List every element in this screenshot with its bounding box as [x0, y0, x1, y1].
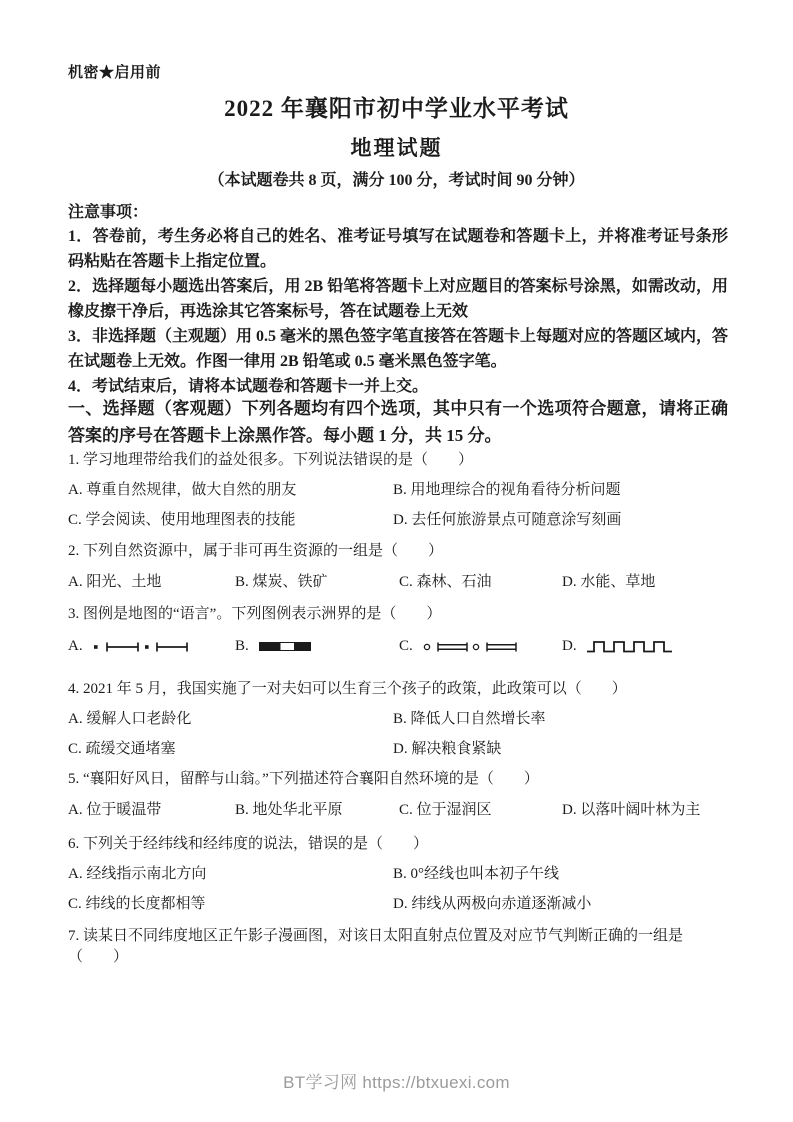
circle-dash-boundary-symbol	[423, 640, 519, 654]
option-3b: B.	[235, 636, 399, 657]
note-item-1: 1．答卷前，考生务必将自己的姓名、准考证号填写在试题卷和答题卡上，并将准考证号条…	[68, 224, 728, 274]
question-4-options-row-1: A. 缓解人口老龄化 B. 降低人口自然增长率	[68, 709, 728, 730]
option-6c: C. 纬线的长度都相等	[68, 894, 393, 915]
option-1b: B. 用地理综合的视角看待分析问题	[393, 480, 728, 501]
option-1a: A. 尊重自然规律，做大自然的朋友	[68, 480, 393, 501]
option-6a: A. 经线指示南北方向	[68, 864, 393, 885]
footer-watermark: BT学习网 https://btxuexi.com	[0, 1068, 793, 1093]
question-1-stem: 1. 学习地理带给我们的益处很多。下列说法错误的是（ ）	[68, 450, 728, 471]
question-6-options-row-1: A. 经线指示南北方向 B. 0°经线也叫本初子午线	[68, 864, 728, 885]
question-2-stem: 2. 下列自然资源中，属于非可再生资源的一组是（ ）	[68, 541, 728, 562]
option-4a: A. 缓解人口老龄化	[68, 709, 393, 730]
exam-paper-page: 机密★启用前 2022 年襄阳市初中学业水平考试 地理试题 （本试题卷共 8 页…	[0, 0, 793, 1122]
option-2a: A. 阳光、土地	[68, 572, 235, 593]
option-3d-label: D.	[562, 636, 577, 657]
option-2d: D. 水能、草地	[562, 572, 728, 593]
question-1-options-row-2: C. 学会阅读、使用地理图表的技能 D. 去任何旅游景点可随意涂写刻画	[68, 510, 728, 531]
note-item-3: 3．非选择题（主观题）用 0.5 毫米的黑色签字笔直接答在答题卡上每题对应的答题…	[68, 324, 728, 374]
option-5d: D. 以落叶阔叶林为主	[562, 800, 728, 821]
option-1d: D. 去任何旅游景点可随意涂写刻画	[393, 510, 728, 531]
option-5a: A. 位于暖温带	[68, 800, 235, 821]
question-1-options-row-1: A. 尊重自然规律，做大自然的朋友 B. 用地理综合的视角看待分析问题	[68, 480, 728, 501]
option-1c: C. 学会阅读、使用地理图表的技能	[68, 510, 393, 531]
question-6-options-row-2: C. 纬线的长度都相等 D. 纬线从两极向赤道逐渐减小	[68, 894, 728, 915]
subject-title: 地理试题	[0, 132, 793, 162]
exam-title: 2022 年襄阳市初中学业水平考试	[0, 90, 793, 123]
option-4c: C. 疏缓交通堵塞	[68, 739, 393, 760]
option-5c: C. 位于湿润区	[399, 800, 562, 821]
exam-info-line: （本试题卷共 8 页，满分 100 分，考试时间 90 分钟）	[0, 167, 793, 190]
option-5b: B. 地处华北平原	[235, 800, 399, 821]
option-3d: D.	[562, 636, 728, 657]
question-2-options-row: A. 阳光、土地 B. 煤炭、铁矿 C. 森林、石油 D. 水能、草地	[68, 572, 728, 593]
dot-dash-boundary-symbol	[93, 640, 189, 654]
option-6b: B. 0°经线也叫本初子午线	[393, 864, 728, 885]
question-6-stem: 6. 下列关于经纬线和经纬度的说法，错误的是（ ）	[68, 834, 728, 855]
question-5-stem: 5. “襄阳好风日，留醉与山翁。”下列描述符合襄阳自然环境的是（ ）	[68, 769, 728, 790]
secrecy-label: 机密★启用前	[68, 61, 728, 82]
question-3-stem: 3. 图例是地图的“语言”。下列图例表示洲界的是（ ）	[68, 604, 728, 625]
option-2b: B. 煤炭、铁矿	[235, 572, 399, 593]
crenellated-line-symbol	[587, 639, 673, 654]
option-3c: C.	[399, 636, 562, 657]
note-item-2: 2．选择题每小题选出答案后，用 2B 铅笔将答题卡上对应题目的答案标号涂黑，如需…	[68, 274, 728, 324]
scale-bar-symbol	[259, 641, 311, 652]
question-4-options-row-2: C. 疏缓交通堵塞 D. 解决粮食紧缺	[68, 739, 728, 760]
notes-heading: 注意事项：	[68, 199, 728, 222]
option-3a-label: A.	[68, 636, 83, 657]
option-3c-label: C.	[399, 636, 413, 657]
option-3a: A.	[68, 636, 235, 657]
question-4-stem: 4. 2021 年 5 月，我国实施了一对夫妇可以生育三个孩子的政策，此政策可以…	[68, 679, 728, 700]
question-3-options-row: A. B.	[68, 636, 728, 657]
option-3b-label: B.	[235, 636, 249, 657]
option-6d: D. 纬线从两极向赤道逐渐减小	[393, 894, 728, 915]
question-7-stem: 7. 读某日不同纬度地区正午影子漫画图，对该日太阳直射点位置及对应节气判断正确的…	[68, 926, 728, 968]
question-5-options-row: A. 位于暖温带 B. 地处华北平原 C. 位于湿润区 D. 以落叶阔叶林为主	[68, 800, 728, 821]
section-heading: 一、选择题（客观题）下列各题均有四个选项，其中只有一个选项符合题意，请将正确答案…	[68, 395, 728, 449]
option-4b: B. 降低人口自然增长率	[393, 709, 728, 730]
option-4d: D. 解决粮食紧缺	[393, 739, 728, 760]
option-2c: C. 森林、石油	[399, 572, 562, 593]
